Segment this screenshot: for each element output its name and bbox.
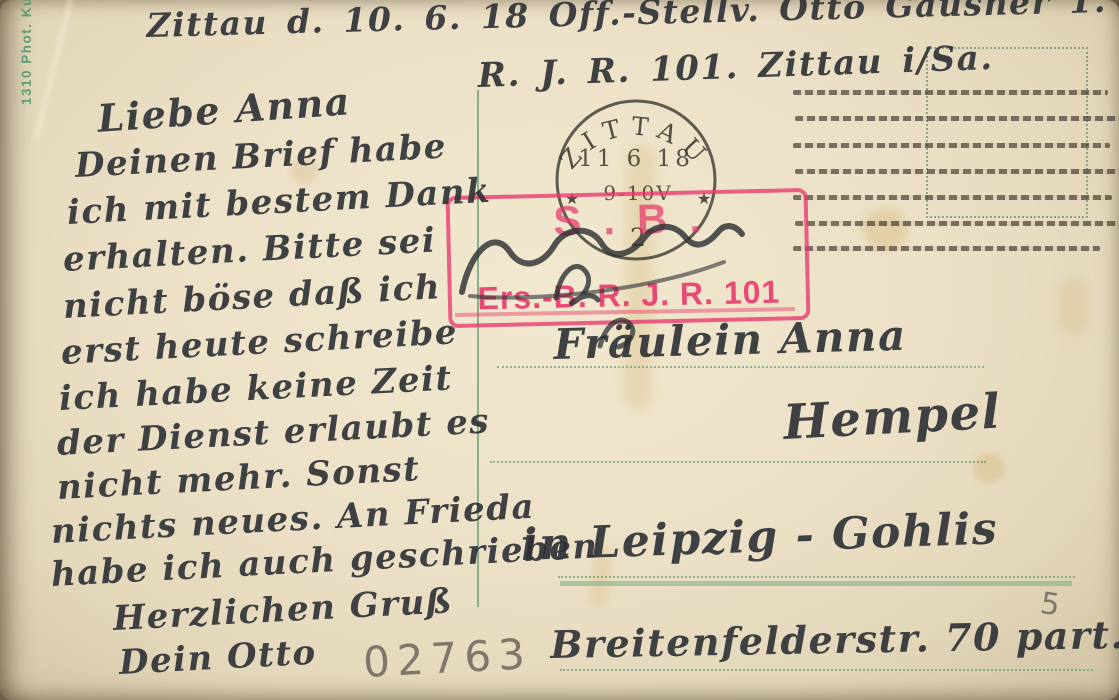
address-line-street: Breitenfelderstr. 70 part.	[550, 612, 1119, 667]
cancellation-bar	[793, 195, 1112, 200]
address-ruled-line	[558, 576, 1075, 578]
cancellation-bar	[795, 169, 1119, 174]
pencil-number: 02763	[362, 629, 533, 687]
message-line: Herzlichen Gruß	[112, 581, 454, 639]
address-line-city: in Leipzig - Gohlis	[520, 503, 999, 571]
censor-stamp-line1: S.B.	[531, 194, 724, 246]
address-ruled-line-solid	[560, 581, 1072, 586]
paper-stain	[1058, 278, 1088, 336]
paper-stain	[862, 208, 908, 250]
paper-stain	[973, 453, 1005, 483]
cancellation-bar	[793, 246, 1100, 251]
cancellation-bar	[795, 116, 1119, 121]
cancellation-bar	[795, 221, 1119, 226]
message-line: Dein Otto	[118, 633, 318, 683]
address-line-surname: Hempel	[782, 384, 1003, 451]
postmark-date: 11 6 18	[578, 146, 694, 172]
cancellation-bar	[793, 90, 1108, 95]
cancellation-bar	[793, 143, 1110, 148]
address-ruled-line	[560, 669, 1093, 671]
publisher-imprint: 1310 Phot. Kunst- und Verlagsanstalt S. …	[19, 0, 34, 105]
postcard-back: 1310 Phot. Kunst- und Verlagsanstalt S. …	[0, 0, 1119, 700]
address-line-recipient: Fräulein Anna	[553, 311, 907, 369]
corner-crease	[34, 0, 74, 140]
address-ruled-line	[490, 461, 986, 463]
message-line: Liebe Anna	[96, 78, 352, 141]
